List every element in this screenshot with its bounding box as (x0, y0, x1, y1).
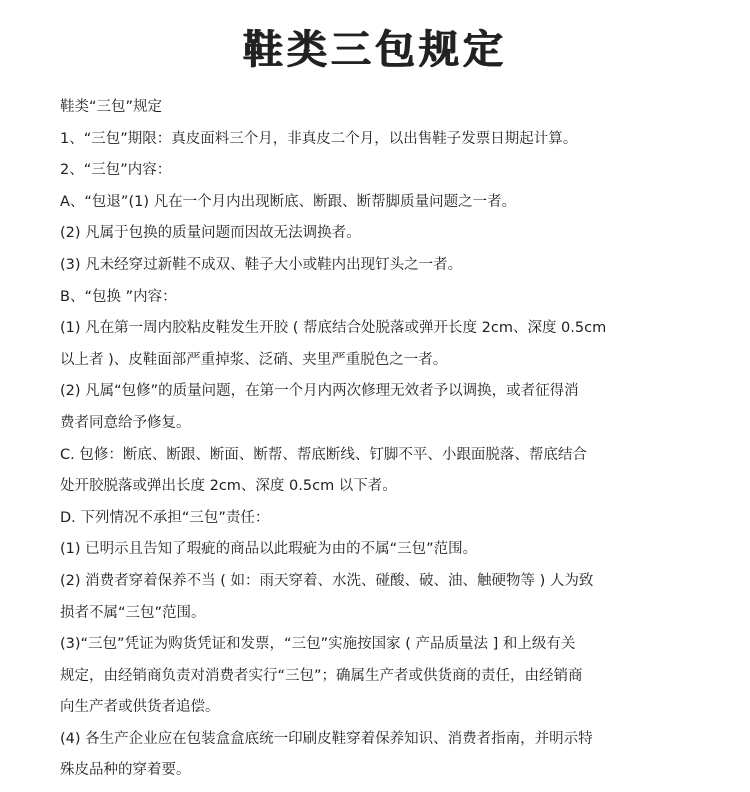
paragraph-line: 殊皮品种的穿着要。 (60, 755, 700, 787)
paragraph-line: (2) 凡属于包换的质量问题而因故无法调换者。 (60, 218, 700, 250)
paragraph-line: 2、“三包”内容： (60, 155, 700, 187)
paragraph-line: B、“包换 ”内容： (60, 282, 700, 314)
paragraph-line: 向生产者或供货者追偿。 (60, 692, 700, 724)
paragraph-line: (2) 消费者穿着保养不当 ( 如：雨天穿着、水洗、碰酸、破、油、触硬物等 ) … (60, 566, 700, 598)
paragraph-line: D. 下列情况不承担“三包”责任： (60, 503, 700, 535)
paragraph-line: (1) 已明示且告知了瑕疵的商品以此瑕疵为由的不属“三包”范围。 (60, 534, 700, 566)
paragraph-line: 费者同意给予修复。 (60, 408, 700, 440)
paragraph-line: 规定，由经销商负责对消费者实行“三包”；确属生产者或供货商的责任，由经销商 (60, 661, 700, 693)
paragraph-line: (3)“三包”凭证为购货凭证和发票，“三包”实施按国家 ( 产品质量法 ] 和上… (60, 629, 700, 661)
paragraph-line: (4) 各生产企业应在包装盒盒底统一印刷皮鞋穿着保养知识、消费者指南，并明示特 (60, 724, 700, 756)
paragraph-line: (3) 凡未经穿过新鞋不成双、鞋子大小或鞋内出现钉头之一者。 (60, 250, 700, 282)
paragraph-line: (2) 凡属“包修”的质量问题，在第一个月内两次修理无效者予以调换，或者征得消 (60, 376, 700, 408)
paragraph-line: C. 包修：断底、断跟、断面、断帮、帮底断线、钉脚不平、小跟面脱落、帮底结合 (60, 440, 700, 472)
paragraph-line: 1、“三包”期限：真皮面料三个月，非真皮二个月，以出售鞋子发票日期起计算。 (60, 124, 700, 156)
paragraph-line: A、“包退”(1) 凡在一个月内出现断底、断跟、断帮脚质量问题之一者。 (60, 187, 700, 219)
section-heading: 鞋类“三包”规定 (60, 92, 700, 124)
document-body: 鞋类“三包”规定 1、“三包”期限：真皮面料三个月，非真皮二个月，以出售鞋子发票… (60, 92, 700, 787)
paragraph-line: (1) 凡在第一周内胶粘皮鞋发生开胶 ( 帮底结合处脱落或弹开长度 2cm、深度… (60, 313, 700, 345)
paragraph-line: 以上者 )、皮鞋面部严重掉浆、泛硝、夹里严重脱色之一者。 (60, 345, 700, 377)
paragraph-line: 处开胶脱落或弹出长度 2cm、深度 0.5cm 以下者。 (60, 471, 700, 503)
document-title: 鞋类三包规定 (0, 22, 750, 78)
paragraph-line: 损者不属“三包”范围。 (60, 598, 700, 630)
